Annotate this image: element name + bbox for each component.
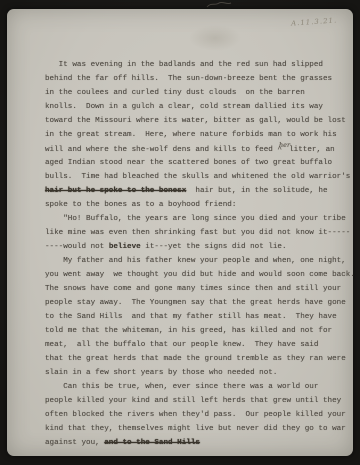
typed-line: in the great stream. Here, where nature … <box>45 128 351 142</box>
typed-line: bulls. Time had bleached the skulls and … <box>45 170 351 184</box>
typed-line: ----would not believe it---yet the signs… <box>45 240 351 254</box>
typed-line: people stay away. The Youngmen say that … <box>45 296 351 310</box>
typed-line: will and where the she-wolf dens and kil… <box>45 142 351 156</box>
typed-segment: often blocked the rivers when they'd pas… <box>45 411 346 419</box>
typed-segment: in the coulees and curled tiny dust clou… <box>45 89 305 97</box>
typed-segment: against you, <box>45 439 104 447</box>
typed-line: you went away we thought you did but hid… <box>45 268 351 282</box>
typed-segment: knolls. Down in a gulch a clear, cold st… <box>45 103 323 111</box>
typed-line: aged Indian stood near the scattered bon… <box>45 156 351 170</box>
typed-segment: My father and his father knew your peopl… <box>45 257 346 265</box>
typed-segment: It was evening in the badlands and the r… <box>45 61 323 69</box>
typed-line: slain in a few short years by those who … <box>45 366 351 380</box>
typed-line: The snows have come and gone many times … <box>45 282 351 296</box>
typed-segment: you went away we thought you did but hid… <box>45 271 355 279</box>
typed-segment: it---yet the signs did not lie. <box>141 243 287 251</box>
typed-line: behind the far off hills. The sun-down-b… <box>45 72 351 86</box>
typed-segment: toward the Missouri where its water, bit… <box>45 117 346 125</box>
typed-text: It was evening in the badlands and the r… <box>45 58 351 450</box>
typed-line: kind that they, themselves might live bu… <box>45 422 351 436</box>
typed-line: in the coulees and curled tiny dust clou… <box>45 86 351 100</box>
typed-line: told me that the whiteman, in his greed,… <box>45 324 351 338</box>
typed-line: toward the Missouri where its water, bit… <box>45 114 351 128</box>
typed-line: "Ho! Buffalo, the years are long since y… <box>45 212 351 226</box>
typed-line: knolls. Down in a gulch a clear, cold st… <box>45 100 351 114</box>
typed-segment: kind that they, themselves might live bu… <box>45 425 346 433</box>
pencil-annotation: A.11.3.21. <box>291 16 338 27</box>
typed-segment: The snows have come and gone many times … <box>45 285 341 293</box>
paper-stain <box>189 25 241 51</box>
typed-segment: aged Indian stood near the scattered bon… <box>45 159 332 167</box>
overtyped-emphasis: believe <box>109 243 141 251</box>
typed-line: often blocked the rivers when they'd pas… <box>45 408 351 422</box>
typed-line: Can this be true, when, ever since there… <box>45 380 351 394</box>
typed-segment: hair but, in the solitude, he <box>186 187 327 195</box>
typed-line: against you, and to the Sand Hills <box>45 436 351 450</box>
typed-segment: that the great herds that made the groun… <box>45 355 346 363</box>
typed-line: people killed your kind and still left h… <box>45 394 351 408</box>
typed-line: My father and his father knew your peopl… <box>45 254 351 268</box>
document-page: A.11.3.21. It was evening in the badland… <box>7 9 353 456</box>
typed-segment: bulls. Time had bleached the skulls and … <box>45 173 350 181</box>
typed-segment: behind the far off hills. The sun-down-b… <box>45 75 332 83</box>
handwritten-insertion: her <box>279 141 290 149</box>
typed-line: that the great herds that made the groun… <box>45 352 351 366</box>
typed-line: to the Sand Hills and that my father sti… <box>45 310 351 324</box>
typed-segment: litter, an <box>289 146 335 154</box>
typed-segment: people stay away. The Youngmen say that … <box>45 299 346 307</box>
typed-line: hair but he spoke to the bonesx hair but… <box>45 184 351 198</box>
typed-segment: meat, all the buffalo that our people kn… <box>45 341 318 349</box>
typed-segment: people killed your kind and still left h… <box>45 397 341 405</box>
typed-segment: told me that the whiteman, in his greed,… <box>45 327 332 335</box>
typed-segment: like mine was even then shrinking fast b… <box>45 229 350 237</box>
typed-segment: will and where the she-wolf dens and kil… <box>45 146 277 154</box>
typed-line: like mine was even then shrinking fast b… <box>45 226 351 240</box>
typed-segment: spoke to the bones as to a boyhood frien… <box>45 201 236 209</box>
struck-text: hair but he spoke to the bonesx <box>45 187 186 195</box>
typed-line: spoke to the bones as to a boyhood frien… <box>45 198 351 212</box>
typed-segment: slain in a few short years by those who … <box>45 369 277 377</box>
typed-segment: in the great stream. Here, where nature … <box>45 131 337 139</box>
struck-text: and to the Sand Hills <box>104 439 200 447</box>
typed-segment: Can this be true, when, ever since there… <box>45 383 318 391</box>
typed-segment: to the Sand Hills and that my father sti… <box>45 313 337 321</box>
typed-segment: ----would not <box>45 243 109 251</box>
typed-line: meat, all the buffalo that our people kn… <box>45 338 351 352</box>
typed-line: It was evening in the badlands and the r… <box>45 58 351 72</box>
typed-segment: "Ho! Buffalo, the years are long since y… <box>45 215 346 223</box>
